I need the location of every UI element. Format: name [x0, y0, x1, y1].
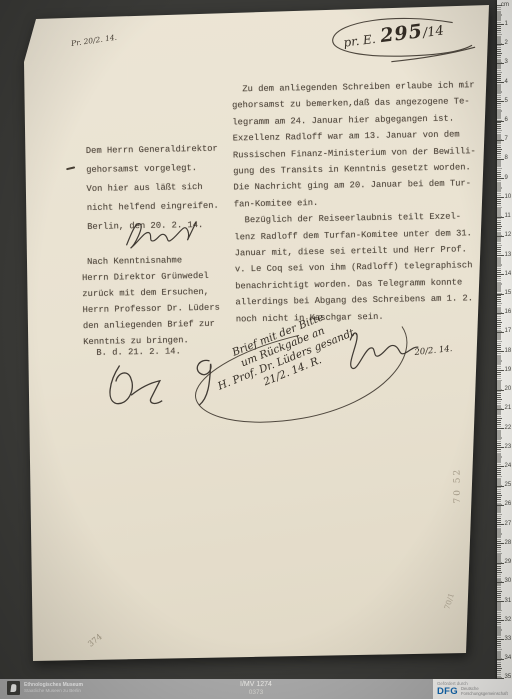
file-number-prefix: pr. E.: [343, 32, 377, 50]
ruler-cm-tick: [497, 217, 504, 218]
ruler-number: 33: [505, 636, 512, 643]
handwritten-top-left-note: Pr. 20/2. 14.: [71, 33, 118, 48]
ruler-cm-tick: [497, 313, 504, 314]
dfg-logo: DFG: [437, 687, 458, 696]
funding-block: Gefördert durch DFG Deutsche Forschungsg…: [433, 679, 512, 699]
ruler-unit-label: cm: [501, 2, 509, 8]
ruler-number: 5: [505, 98, 508, 105]
ruler-cm-tick: [497, 466, 504, 467]
ruler-cm-tick: [497, 370, 504, 371]
ruler-number: 23: [505, 444, 512, 451]
ruler-cm-tick: [497, 601, 504, 602]
ruler-number: 15: [505, 290, 512, 297]
ruler-cm-tick: [497, 639, 504, 640]
ruler-number: 8: [505, 155, 508, 162]
ruler-number: 27: [505, 521, 512, 528]
ruler-halfcm-ticks: [497, 5, 502, 678]
ruler-number: 9: [505, 175, 508, 182]
typed-left-date: B. d. 21. 2. 14.: [96, 346, 181, 357]
ruler-cm-tick: [497, 390, 504, 391]
footer-bar: Ethnologisches Museum Staatliche Museen …: [0, 679, 512, 699]
ruler-cm-tick: [497, 236, 504, 237]
funding-name-line2: Forschungsgemeinschaft: [461, 692, 508, 697]
text-line: Dem Herrn Generaldirektor: [86, 140, 218, 161]
ruler-cm-tick: [497, 447, 504, 448]
ruler-cm-tick: [497, 24, 504, 25]
pencil-mark-right-vertical: 70 52: [452, 468, 463, 504]
ruler-number: 24: [505, 463, 512, 470]
ruler-cm-tick: [497, 351, 504, 352]
text-line: gehorsamst vorgelegt.: [86, 159, 218, 180]
ruler-cm-tick: [497, 543, 504, 544]
ruler-number: 28: [505, 540, 512, 547]
pencil-mark-bottom-right: 70/1: [442, 592, 456, 611]
ruler-cm-tick: [497, 659, 504, 660]
ruler-number: 30: [505, 578, 512, 585]
document-paper: Pr. 20/2. 14. pr. E. 295/14 Zu dem anlie…: [0, 0, 512, 699]
ruler-cm-tick: [497, 294, 504, 295]
ruler-number: 13: [505, 252, 512, 259]
ruler-cm-tick: [497, 255, 504, 256]
ruler-number: 29: [505, 559, 512, 566]
ruler-cm-tick: [497, 332, 504, 333]
ruler-number: 16: [505, 309, 512, 316]
typed-body-text: Zu dem anliegenden Schreiben erlaube ich…: [232, 77, 479, 327]
ruler-number: 34: [505, 655, 512, 662]
ruler-cm-tick: [497, 563, 504, 564]
handwritten-file-number: pr. E. 295/14: [342, 18, 445, 52]
ruler-number: 2: [505, 40, 508, 47]
file-number-main: 295: [379, 20, 424, 47]
ruler-cm-tick: [497, 140, 504, 141]
ruler-cm-tick: [497, 505, 504, 506]
margin-dash: [66, 166, 75, 170]
ruler-number: 14: [505, 271, 512, 278]
text-line: Berlin, den 20. 2. 14.: [87, 216, 219, 237]
ruler-number: 31: [505, 598, 512, 605]
ruler-cm-tick: [497, 121, 504, 122]
ruler-cm-tick: [497, 178, 504, 179]
ruler: 1234567891011121314151617181920212223242…: [497, 0, 512, 699]
ruler-number: 17: [505, 328, 512, 335]
funding-label: Gefördert durch: [437, 681, 512, 686]
signature-left-scrawl: [110, 365, 163, 404]
typed-left-block-1: Dem Herrn Generaldirektorgehorsamst vorg…: [86, 140, 220, 237]
ruler-number: 3: [505, 59, 508, 66]
ruler-cm-tick: [497, 159, 504, 160]
document-paper-shadow: Pr. 20/2. 14. pr. E. 295/14 Zu dem anlie…: [0, 0, 512, 699]
ruler-number: 20: [505, 386, 512, 393]
ruler-number: 22: [505, 425, 512, 432]
ruler-number: 11: [505, 213, 511, 220]
ruler-cm-tick: [497, 44, 504, 45]
ruler-cm-tick: [497, 197, 504, 198]
ruler-number: 6: [505, 117, 508, 124]
photo-background: Pr. 20/2. 14. pr. E. 295/14 Zu dem anlie…: [0, 0, 512, 699]
ruler-cm-tick: [497, 620, 504, 621]
ruler-cm-tick: [497, 409, 504, 410]
ruler-cm-tick: [497, 486, 504, 487]
ruler-number: 32: [505, 617, 512, 624]
ruler-number: 21: [505, 405, 512, 412]
ruler-number: 25: [505, 482, 512, 489]
ruler-cm-tick: [497, 582, 504, 583]
ruler-number: 4: [505, 79, 508, 86]
pencil-mark-bottom-left: 374: [86, 632, 104, 649]
document-content: Pr. 20/2. 14. pr. E. 295/14 Zu dem anlie…: [0, 0, 512, 699]
ruler-number: 26: [505, 501, 512, 508]
text-line: Herrn Professor Dr. Lüders: [82, 300, 220, 318]
ruler-number: 7: [505, 136, 508, 143]
file-number-suffix: /14: [422, 24, 445, 41]
ruler-number: 19: [505, 367, 512, 374]
ruler-number: 1: [505, 21, 508, 28]
ruler-number: 10: [505, 194, 512, 201]
ruler-number: 18: [505, 348, 512, 355]
ruler-cm-tick: [497, 82, 504, 83]
ruler-number: 12: [505, 232, 512, 239]
text-line: nicht helfend eingreifen.: [87, 197, 219, 218]
ruler-cm-tick: [497, 524, 504, 525]
ruler-cm-tick: [497, 274, 504, 275]
text-line: Von hier aus läßt sich: [86, 178, 218, 199]
typed-left-block-2: Nach KenntnisnahmeHerrn Direktor Grünwed…: [82, 253, 221, 351]
ruler-cm-tick: [497, 101, 504, 102]
handwritten-signature-date: 20/2. 14.: [414, 344, 453, 358]
ruler-cm-tick: [497, 428, 504, 429]
ruler-cm-tick: [497, 63, 504, 64]
text-line: den anliegenden Brief zur: [83, 316, 221, 334]
